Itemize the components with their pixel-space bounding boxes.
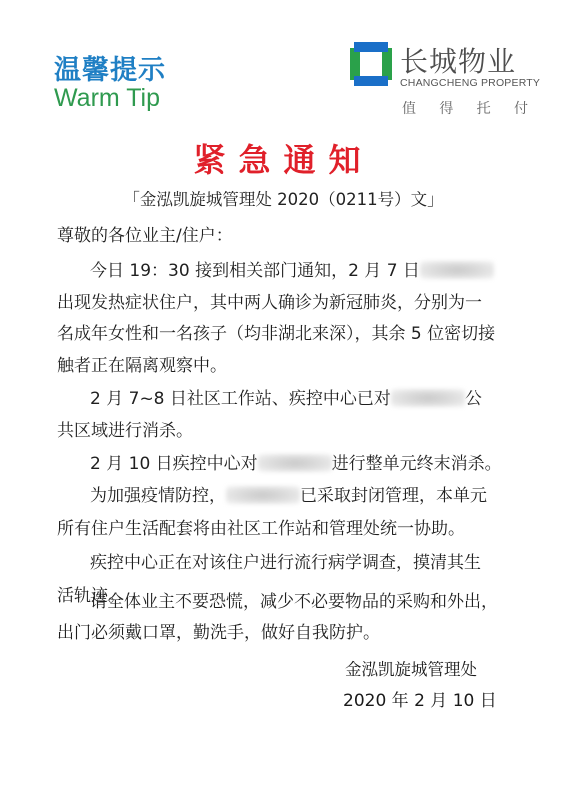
paragraph-2-line-1: 2 月 7~8 日社区工作站、疾控中心已对公 — [90, 389, 482, 409]
warm-tip-english: Warm Tip — [54, 84, 160, 113]
paragraph-2-line-2: 共区域进行消杀。 — [57, 421, 193, 441]
line-text: 今日 19：30 接到相关部门通知，2 月 7 日 — [90, 261, 420, 281]
redacted-address — [226, 486, 300, 504]
company-name-english: CHANGCHENG PROPERTY — [400, 77, 540, 89]
line-text: 2 月 10 日疾控中心对 — [90, 454, 258, 474]
line-text: 进行整单元终末消杀。 — [332, 454, 502, 474]
paragraph-1-line-2: 出现发热症状住户，其中两人确诊为新冠肺炎，分别为一 — [57, 293, 482, 313]
logo-top-bar — [354, 42, 388, 52]
slogan-char: 得 — [439, 98, 453, 118]
paragraph-1-line-3: 名成年女性和一名孩子（均非湖北来深），其余 5 位密切接 — [57, 324, 495, 344]
line-text: 公 — [465, 389, 482, 409]
paragraph-4-line-2: 所有住户生活配套将由社区工作站和管理处统一协助。 — [57, 519, 465, 539]
notice-date: 2020 年 2 月 10 日 — [343, 686, 497, 711]
paragraph-6-line-2: 出门必须戴口罩，勤洗手，做好自我防护。 — [57, 623, 380, 643]
company-slogan: 值 得 托 付 — [402, 98, 528, 118]
paragraph-4-line-1: 为加强疫情防控，已采取封闭管理，本单元 — [90, 486, 487, 506]
company-name-chinese: 长城物业 — [400, 40, 516, 80]
redacted-address — [391, 389, 465, 407]
slogan-char: 付 — [514, 98, 528, 118]
warm-tip-chinese: 温馨提示 — [54, 48, 166, 87]
changcheng-square-logo-icon — [350, 42, 392, 86]
slogan-char: 值 — [402, 98, 416, 118]
notice-title: 紧急通知 — [0, 135, 567, 181]
logo-bottom-bar — [354, 76, 388, 86]
redacted-address — [420, 261, 494, 279]
paragraph-5-line-1: 疾控中心正在对该住户进行流行病学调查，摸清其生 — [90, 553, 481, 573]
redacted-address — [258, 454, 332, 472]
line-text: 2 月 7~8 日社区工作站、疾控中心已对 — [90, 389, 391, 409]
paragraph-3-line-1: 2 月 10 日疾控中心对进行整单元终末消杀。 — [90, 454, 502, 474]
line-text: 为加强疫情防控， — [90, 486, 226, 506]
signature: 金泓凯旋城管理处 — [345, 656, 477, 680]
salutation: 尊敬的各位业主/住户： — [57, 226, 233, 246]
paragraph-6-line-1: 请全体业主不要恐慌，减少不必要物品的采购和外出， — [90, 592, 498, 612]
document-number: 「金泓凯旋城管理处 2020（0211号）文」 — [0, 186, 567, 210]
line-text: 已采取封闭管理，本单元 — [300, 486, 487, 506]
slogan-char: 托 — [477, 98, 491, 118]
paragraph-1-line-1: 今日 19：30 接到相关部门通知，2 月 7 日 — [90, 261, 494, 281]
paragraph-1-line-4: 触者正在隔离观察中。 — [57, 356, 227, 376]
